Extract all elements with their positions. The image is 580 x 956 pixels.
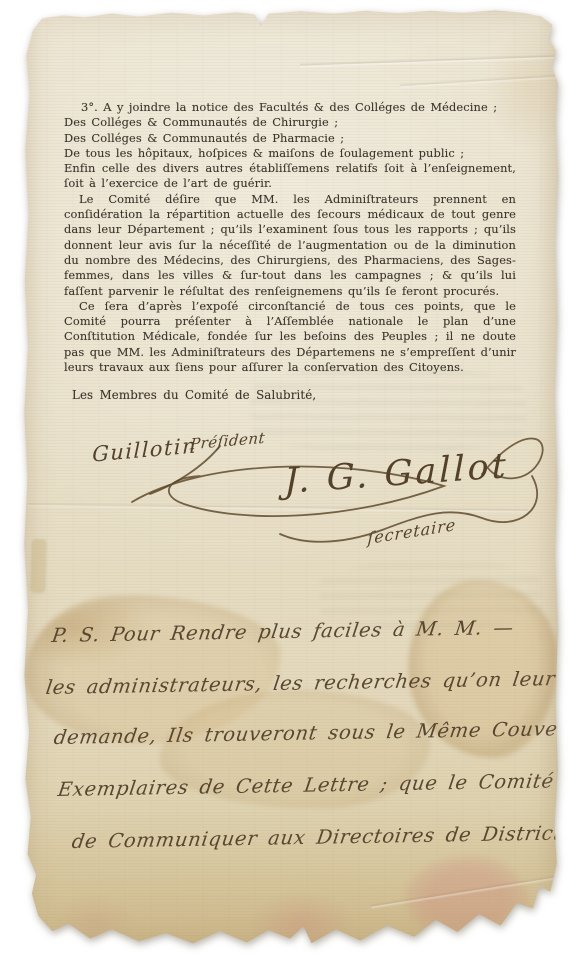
postscript-line: les administrateurs, les recherches qu’o… <box>44 667 580 699</box>
signature-block: Guillotin Préſident J. G. Gallot ſecreta… <box>52 416 552 586</box>
paper-crease <box>300 53 572 68</box>
printed-line-hopitaux: De tous les hôpitaux, hoſpices & maiſons… <box>64 146 516 161</box>
paper-sheet: 3°. A y joindre la notice des Facultés &… <box>20 8 560 948</box>
paragraph-ce-sera: Ce ſera d’après l’expoſé circonſtancié d… <box>64 299 516 375</box>
paper-crease <box>371 872 569 909</box>
printed-line-chirurgie: Des Colléges & Communautés de Chirurgie … <box>64 115 516 130</box>
printed-text-block: 3°. A y joindre la notice des Facultés &… <box>64 100 516 404</box>
postscript-line: demande, Ils trouveront sous le Même Cou… <box>52 716 580 749</box>
pink-stain <box>255 895 350 955</box>
paragraph-comite: Le Comité déſire que MM. les Adminiſtrat… <box>64 192 516 299</box>
paper-shadow: 3°. A y joindre la notice des Facultés &… <box>0 0 580 956</box>
postscript-line: P. S. Pour Rendre plus faciles à M. M. — <box>50 616 515 647</box>
printed-line-enfin: Enfin celle des divers autres établiſſem… <box>64 161 516 192</box>
closing-line: Les Membres du Comité de Salubrité, <box>64 388 516 403</box>
printed-line-pharmacie: Des Colléges & Communautés de Pharmacie … <box>64 131 516 146</box>
pink-stain <box>405 855 530 943</box>
pink-stain <box>60 898 130 946</box>
postscript-line: Exemplaires de Cette Lettre ; que le Com… <box>56 768 580 801</box>
paper-crease <box>400 73 570 89</box>
tape-repair-mark <box>31 540 45 592</box>
water-stain <box>25 595 280 743</box>
document-scan: 3°. A y joindre la notice des Facultés &… <box>0 0 580 956</box>
postscript-line: de Communiquer aux Directoires de Distri… <box>70 821 580 853</box>
printed-line-item3: 3°. A y joindre la notice des Facultés &… <box>64 100 516 115</box>
